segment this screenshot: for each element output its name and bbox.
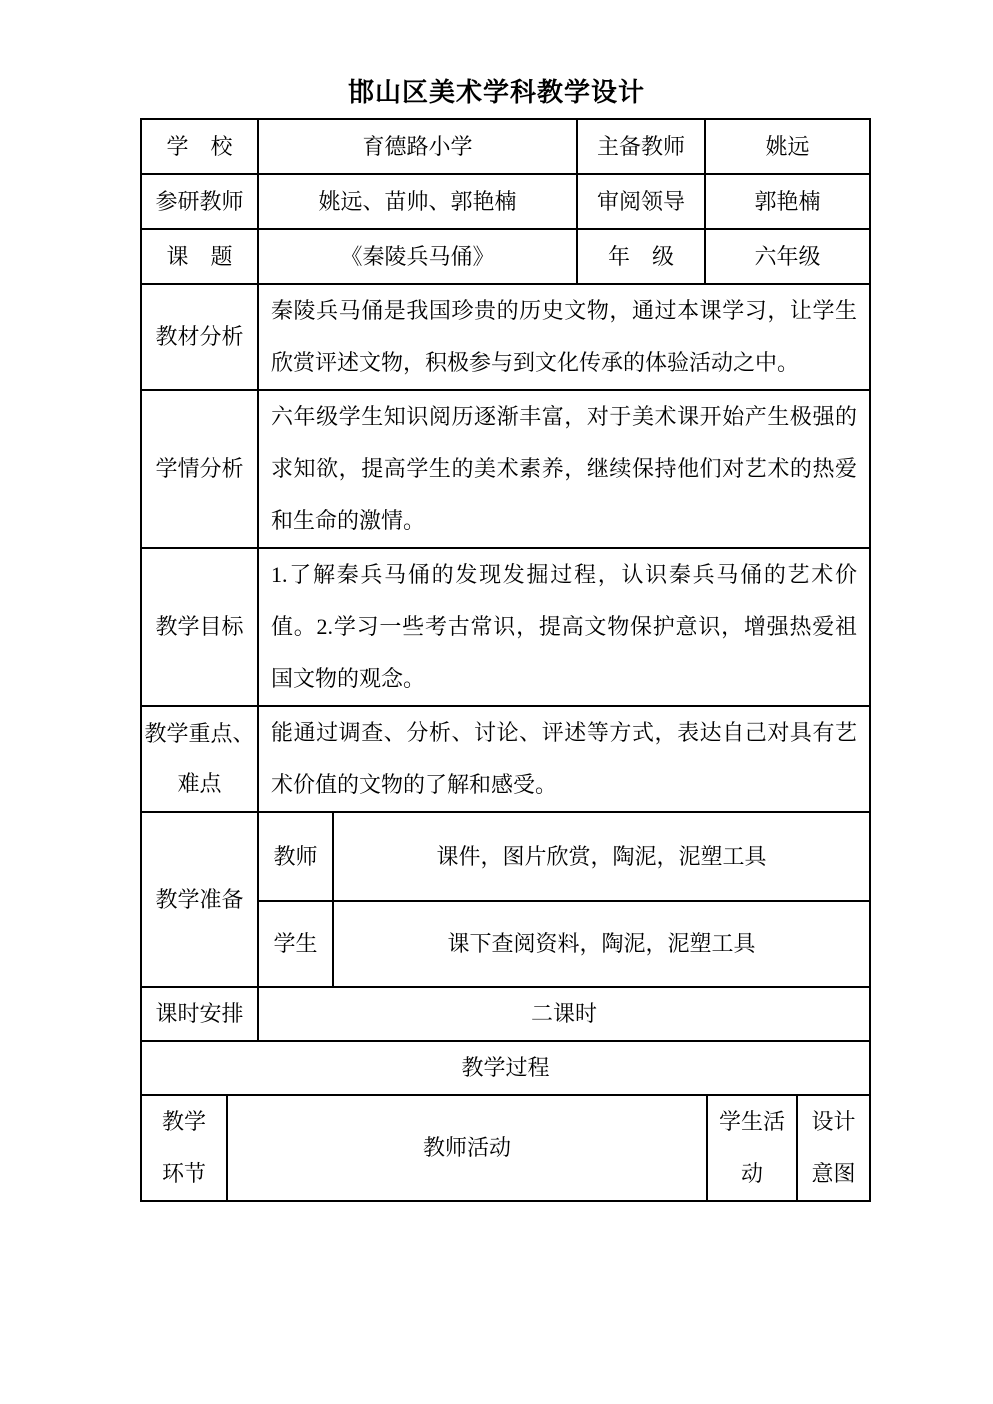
table-row: 课时安排 二课时: [141, 987, 870, 1041]
lesson-info-table: 学 校 育德路小学 主备教师 姚远 参研教师 姚远、苗帅、郭艳楠 审阅领导 郭艳…: [140, 118, 871, 1096]
lesson-plan-table: 学 校 育德路小学 主备教师 姚远 参研教师 姚远、苗帅、郭艳楠 审阅领导 郭艳…: [140, 118, 869, 1202]
reviewer-label: 审阅领导: [577, 174, 705, 229]
table-row: 学 校 育德路小学 主备教师 姚远: [141, 119, 870, 174]
preparation-label: 教学准备: [141, 812, 258, 987]
reviewer-value: 郭艳楠: [705, 174, 870, 229]
table-row: 教学 环节 教师活动 学生活 动 设计 意图: [141, 1095, 870, 1201]
material-analysis-label: 教材分析: [141, 284, 258, 390]
table-row: 学情分析 六年级学生知识阅历逐渐丰富，对于美术课开始产生极强的求知欲，提高学生的…: [141, 390, 870, 548]
table-row: 教材分析 秦陵兵马俑是我国珍贵的历史文物，通过本课学习，让学生欣赏评述文物，积极…: [141, 284, 870, 390]
process-col-stage: 教学 环节: [141, 1095, 227, 1201]
table-row: 教学准备 教师 课件，图片欣赏，陶泥，泥塑工具: [141, 812, 870, 901]
process-title: 教学过程: [141, 1041, 870, 1095]
table-row: 课 题 《秦陵兵马俑》 年 级 六年级: [141, 229, 870, 284]
table-row: 参研教师 姚远、苗帅、郭艳楠 审阅领导 郭艳楠: [141, 174, 870, 229]
grade-label: 年 级: [577, 229, 705, 284]
schedule-label: 课时安排: [141, 987, 258, 1041]
schedule-value: 二课时: [258, 987, 870, 1041]
key-difficulties-label: 教学重点、 难点: [141, 706, 258, 812]
learner-analysis-content: 六年级学生知识阅历逐渐丰富，对于美术课开始产生极强的求知欲，提高学生的美术素养，…: [258, 390, 870, 548]
school-value: 育德路小学: [258, 119, 577, 174]
process-header-table: 教学 环节 教师活动 学生活 动 设计 意图: [140, 1094, 871, 1202]
material-analysis-content: 秦陵兵马俑是我国珍贵的历史文物，通过本课学习，让学生欣赏评述文物，积极参与到文化…: [258, 284, 870, 390]
school-label: 学 校: [141, 119, 258, 174]
preparation-student-items: 课下查阅资料，陶泥，泥塑工具: [333, 901, 870, 987]
preparation-teacher-label: 教师: [258, 812, 333, 901]
teaching-objectives-content: 1.了解秦兵马俑的发现发掘过程，认识秦兵马俑的艺术价值。2.学习一些考古常识，提…: [258, 548, 870, 706]
topic-value: 《秦陵兵马俑》: [258, 229, 577, 284]
table-row: 教学过程: [141, 1041, 870, 1095]
participating-teachers-label: 参研教师: [141, 174, 258, 229]
preparation-student-label: 学生: [258, 901, 333, 987]
document-title: 邯山区美术学科教学设计: [0, 72, 993, 109]
process-col-student-activity: 学生活 动: [707, 1095, 797, 1201]
teaching-objectives-label: 教学目标: [141, 548, 258, 706]
learner-analysis-label: 学情分析: [141, 390, 258, 548]
table-row: 教学目标 1.了解秦兵马俑的发现发掘过程，认识秦兵马俑的艺术价值。2.学习一些考…: [141, 548, 870, 706]
process-col-teacher-activity: 教师活动: [227, 1095, 707, 1201]
lead-teacher-label: 主备教师: [577, 119, 705, 174]
topic-label: 课 题: [141, 229, 258, 284]
participating-teachers-value: 姚远、苗帅、郭艳楠: [258, 174, 577, 229]
table-row: 教学重点、 难点 能通过调查、分析、讨论、评述等方式，表达自己对具有艺术价值的文…: [141, 706, 870, 812]
key-difficulties-content: 能通过调查、分析、讨论、评述等方式，表达自己对具有艺术价值的文物的了解和感受。: [258, 706, 870, 812]
lead-teacher-value: 姚远: [705, 119, 870, 174]
grade-value: 六年级: [705, 229, 870, 284]
preparation-teacher-items: 课件，图片欣赏，陶泥，泥塑工具: [333, 812, 870, 901]
process-col-design-intent: 设计 意图: [797, 1095, 870, 1201]
